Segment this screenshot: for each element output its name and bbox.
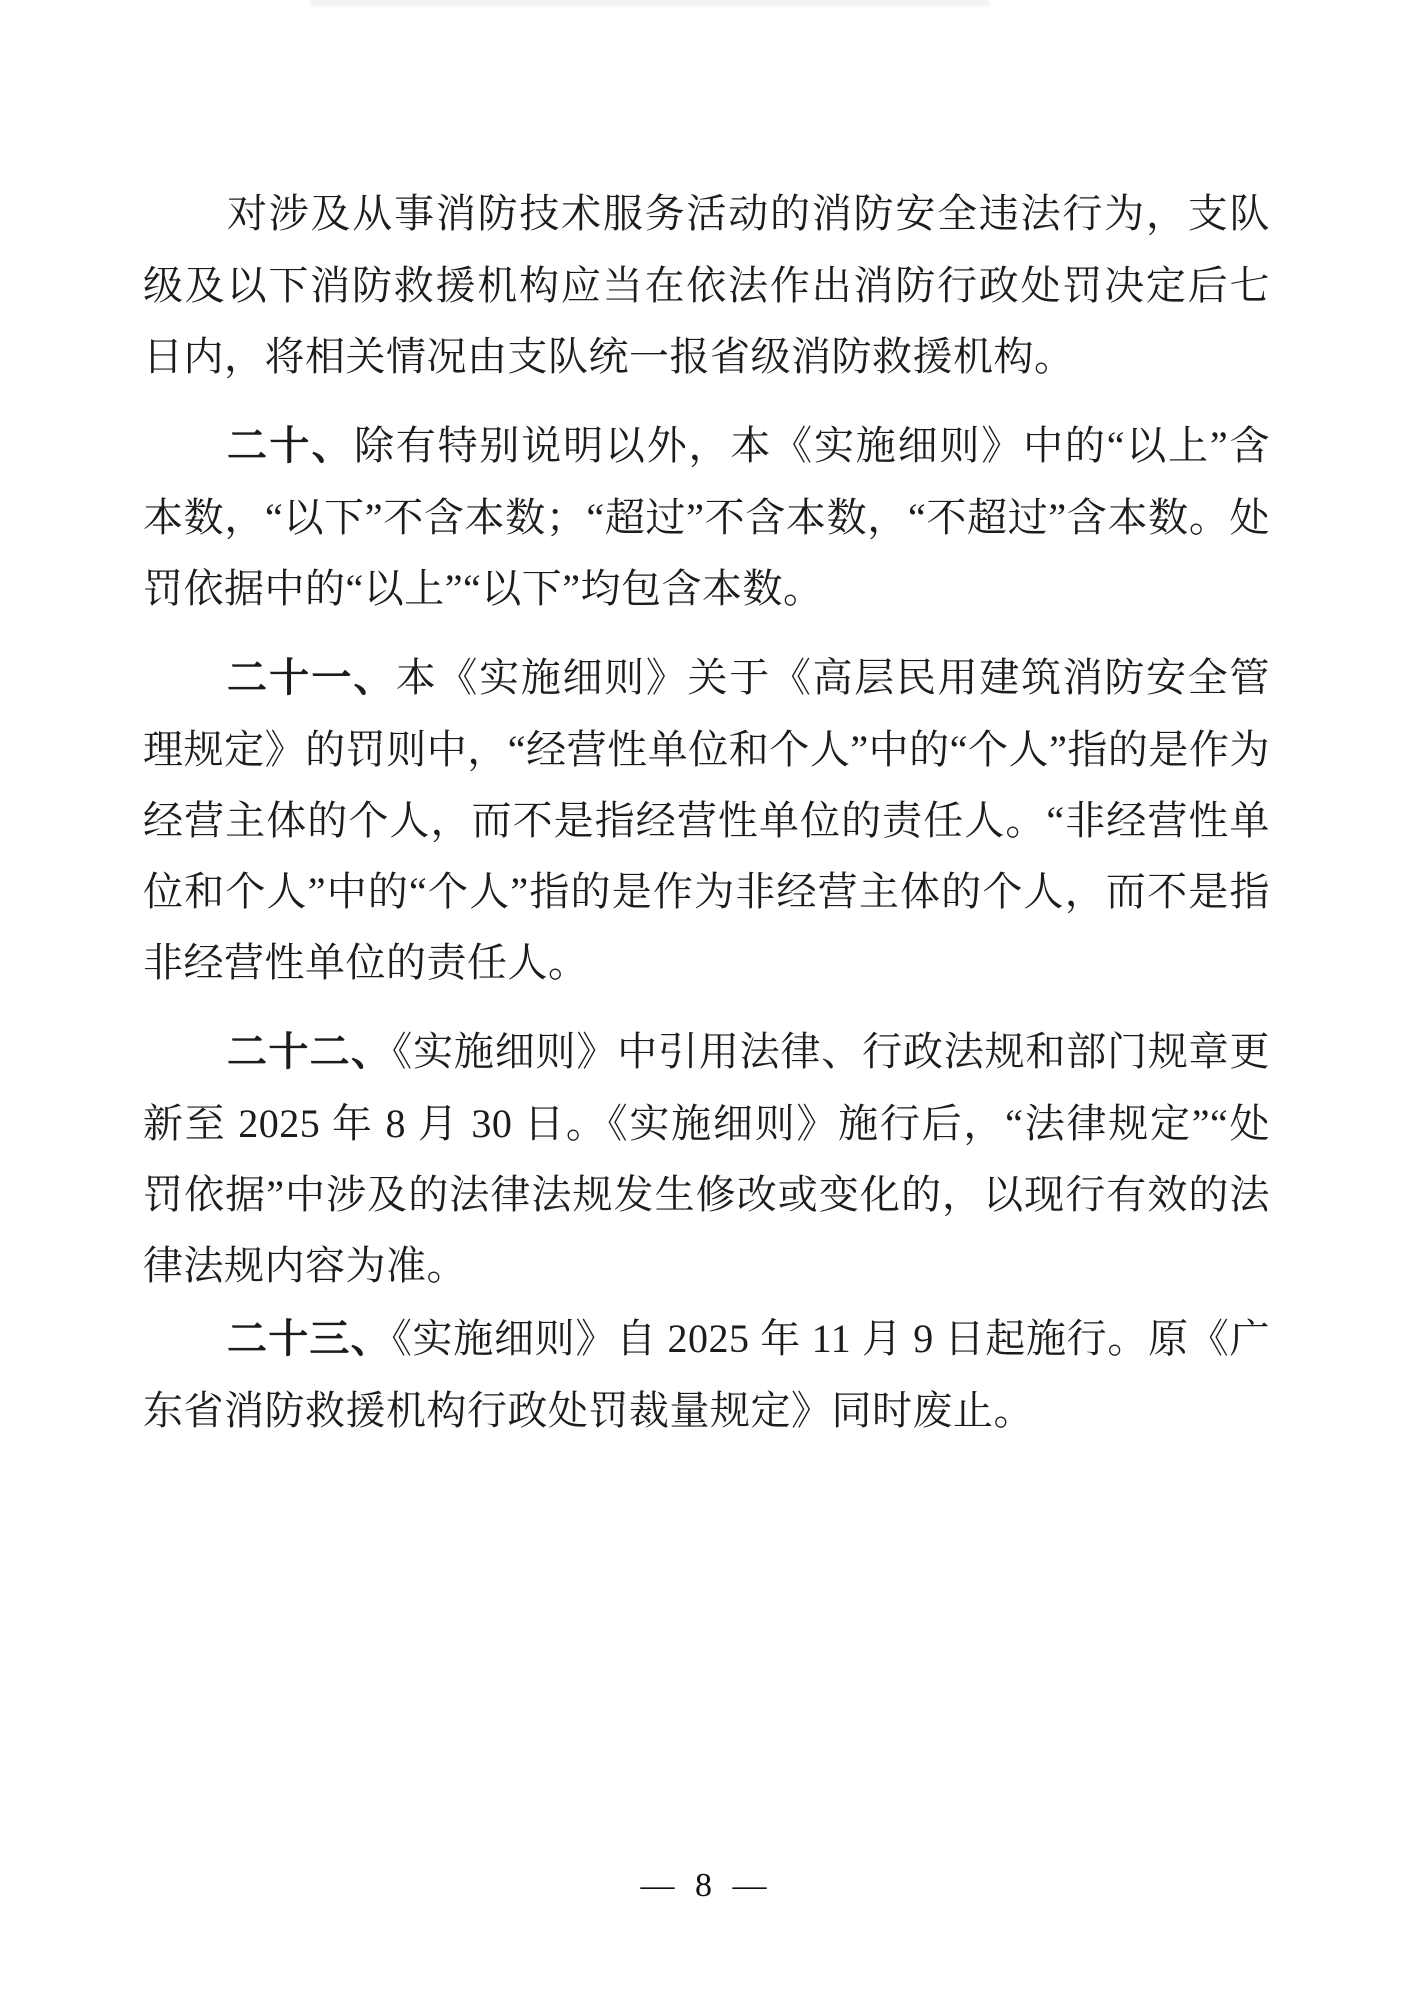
page-number: — 8 — <box>641 1867 773 1904</box>
paragraph: 二十二、《实施细则》中引用法律、行政法规和部门规章更新至 2025 年 8 月 … <box>143 1016 1270 1301</box>
paragraph-number: 二十二、 <box>227 1030 392 1074</box>
paragraph: 二十、除有特别说明以外，本《实施细则》中的“以上”含本数，“以下”不含本数；“超… <box>143 410 1270 624</box>
paragraph-number: 二十、 <box>227 424 354 468</box>
paragraph: 二十一、本《实施细则》关于《高层民用建筑消防安全管理规定》的罚则中，“经营性单位… <box>143 642 1270 998</box>
page-footer: — 8 — <box>0 1866 1413 1906</box>
paragraph-number: 二十三、 <box>227 1317 392 1361</box>
paragraph-number: 二十一、 <box>227 656 396 700</box>
scan-artifact <box>310 0 990 9</box>
paragraph-text: 本《实施细则》关于《高层民用建筑消防安全管理规定》的罚则中，“经营性单位和个人”… <box>143 655 1270 985</box>
document-body: 对涉及从事消防技术服务活动的消防安全违法行为，支队级及以下消防救援机构应当在依法… <box>143 178 1270 1464</box>
paragraph: 对涉及从事消防技术服务活动的消防安全违法行为，支队级及以下消防救援机构应当在依法… <box>143 178 1270 392</box>
paragraph-text: 对涉及从事消防技术服务活动的消防安全违法行为，支队级及以下消防救援机构应当在依法… <box>143 191 1270 379</box>
paragraph: 二十三、《实施细则》自 2025 年 11 月 9 日起施行。原《广东省消防救援… <box>143 1303 1270 1446</box>
